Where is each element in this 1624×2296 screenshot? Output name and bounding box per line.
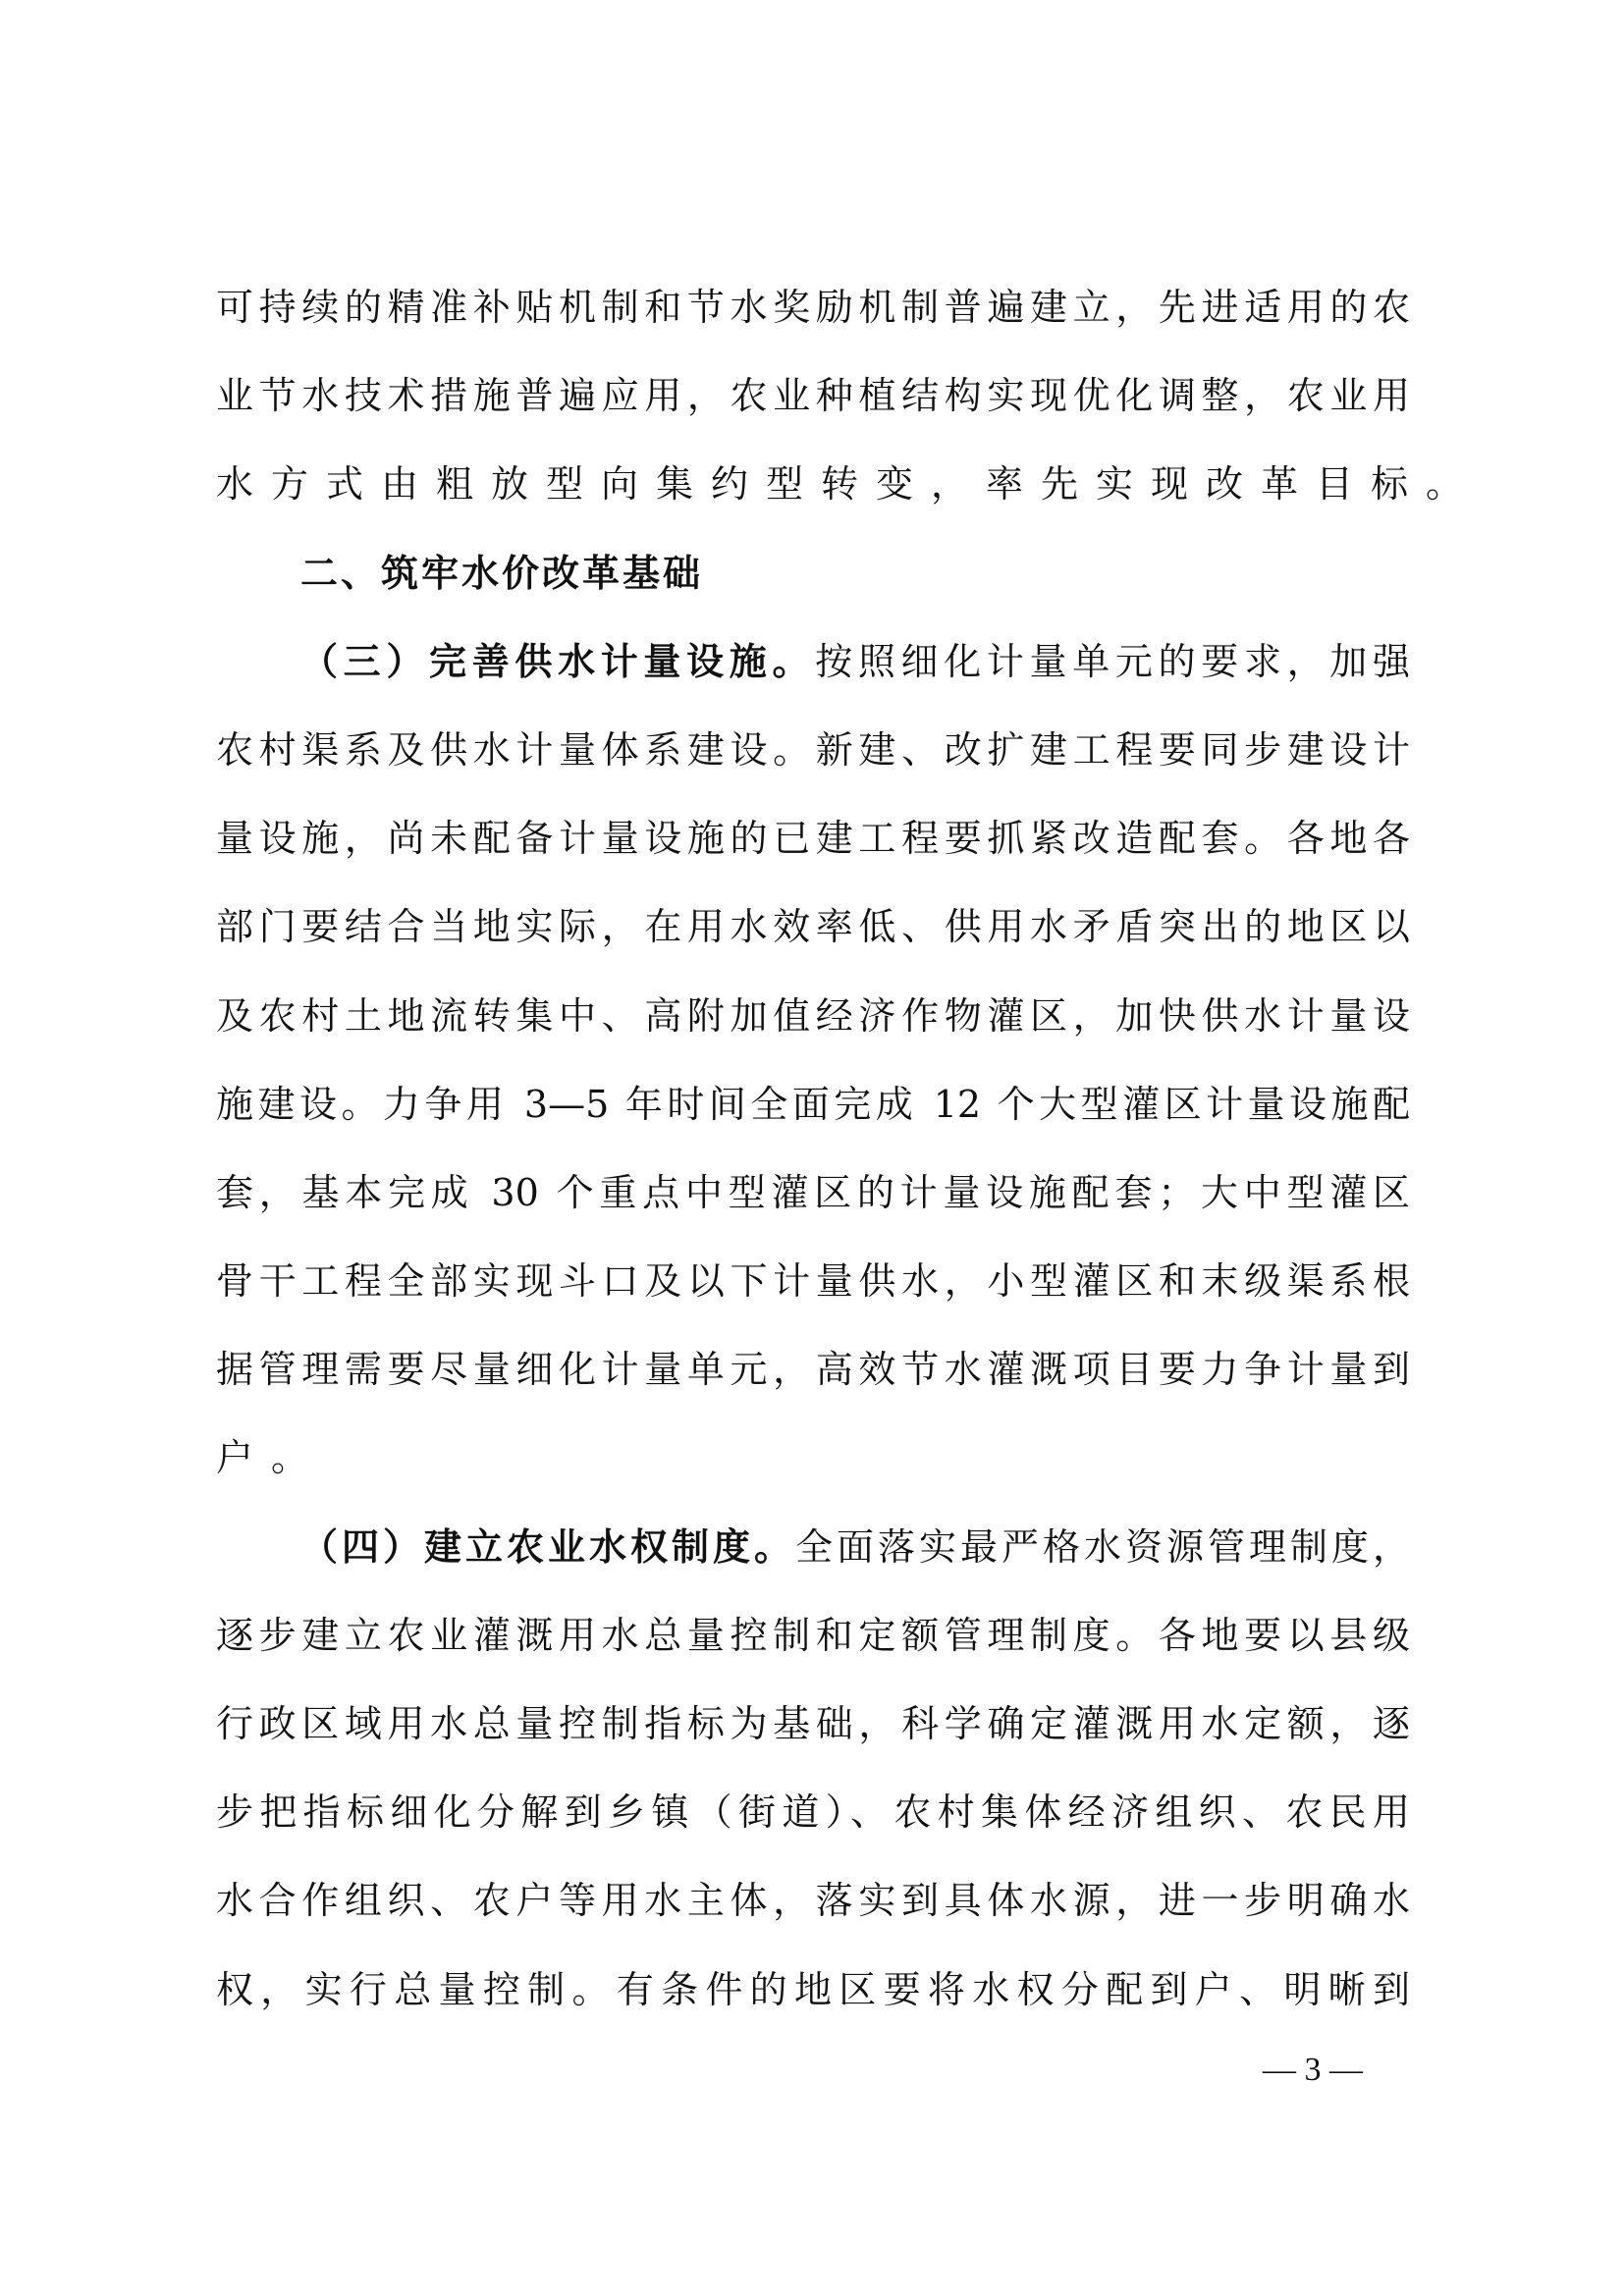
- text-line: 及农村土地流转集中、高附加值经济作物灌区，加快供水计量设: [216, 988, 1410, 1076]
- text-line: 骨干工程全部实现斗口及以下计量供水，小型灌区和末级渠系根: [216, 1253, 1410, 1341]
- text-line: 量设施，尚未配备计量设施的已建工程要抓紧改造配套。各地各: [216, 810, 1410, 898]
- paragraph-lead-title: （三）完善供水计量设施。: [300, 639, 815, 683]
- paragraph-lead-title: （四）建立农业水权制度。: [300, 1524, 795, 1569]
- text-line-rest: 全面落实最严格水资源管理制度，: [795, 1525, 1410, 1569]
- text-line: 户。: [216, 1429, 1410, 1518]
- text-line: 套，基本完成 30 个重点中型灌区的计量设施配套；大中型灌区: [216, 1164, 1410, 1253]
- document-page: 可持续的精准补贴机制和节水奖励机制普遍建立，先进适用的农 业节水技术措施普遍应用…: [0, 0, 1624, 2296]
- document-body: 可持续的精准补贴机制和节水奖励机制普遍建立，先进适用的农 业节水技术措施普遍应用…: [216, 279, 1410, 2050]
- page-number: — 3 —: [1239, 2052, 1386, 2089]
- text-line: 施建设。力争用 3—5 年时间全面完成 12 个大型灌区计量设施配: [216, 1076, 1410, 1164]
- paragraph-goals-continuation: 可持续的精准补贴机制和节水奖励机制普遍建立，先进适用的农 业节水技术措施普遍应用…: [216, 279, 1410, 545]
- text-line: 业节水技术措施普遍应用，农业种植结构实现优化调整，农业用: [216, 367, 1410, 455]
- paragraph-water-rights: （四）建立农业水权制度。全面落实最严格水资源管理制度， 逐步建立农业灌溉用水总量…: [216, 1519, 1410, 2050]
- text-line-first: （四）建立农业水权制度。全面落实最严格水资源管理制度，: [216, 1519, 1410, 1607]
- text-line: 农村渠系及供水计量体系建设。新建、改扩建工程要同步建设计: [216, 721, 1410, 810]
- text-line: 权，实行总量控制。有条件的地区要将水权分配到户、明晰到: [216, 1961, 1410, 2050]
- text-line: 部门要结合当地实际，在用水效率低、供用水矛盾突出的地区以: [216, 898, 1410, 987]
- text-line: 行政区域用水总量控制指标为基础，科学确定灌溉用水定额，逐: [216, 1695, 1410, 1784]
- section-heading: 二、筑牢水价改革基础: [216, 545, 1410, 633]
- text-line: 步把指标细化分解到乡镇（街道）、农村集体经济组织、农民用: [216, 1784, 1410, 1872]
- text-line-rest: 按照细化计量单元的要求，加强: [815, 640, 1410, 683]
- text-line-first: （三）完善供水计量设施。按照细化计量单元的要求，加强: [216, 633, 1410, 721]
- text-line: 水合作组织、农户等用水主体，落实到具体水源，进一步明确水: [216, 1872, 1410, 1960]
- text-line: 水方式由粗放型向集约型转变，率先实现改革目标。: [216, 455, 1410, 544]
- text-line: 逐步建立农业灌溉用水总量控制和定额管理制度。各地要以县级: [216, 1607, 1410, 1695]
- text-line: 可持续的精准补贴机制和节水奖励机制普遍建立，先进适用的农: [216, 279, 1410, 367]
- paragraph-metering-facilities: （三）完善供水计量设施。按照细化计量单元的要求，加强 农村渠系及供水计量体系建设…: [216, 633, 1410, 1519]
- text-line: 据管理需要尽量细化计量单元，高效节水灌溉项目要力争计量到: [216, 1341, 1410, 1429]
